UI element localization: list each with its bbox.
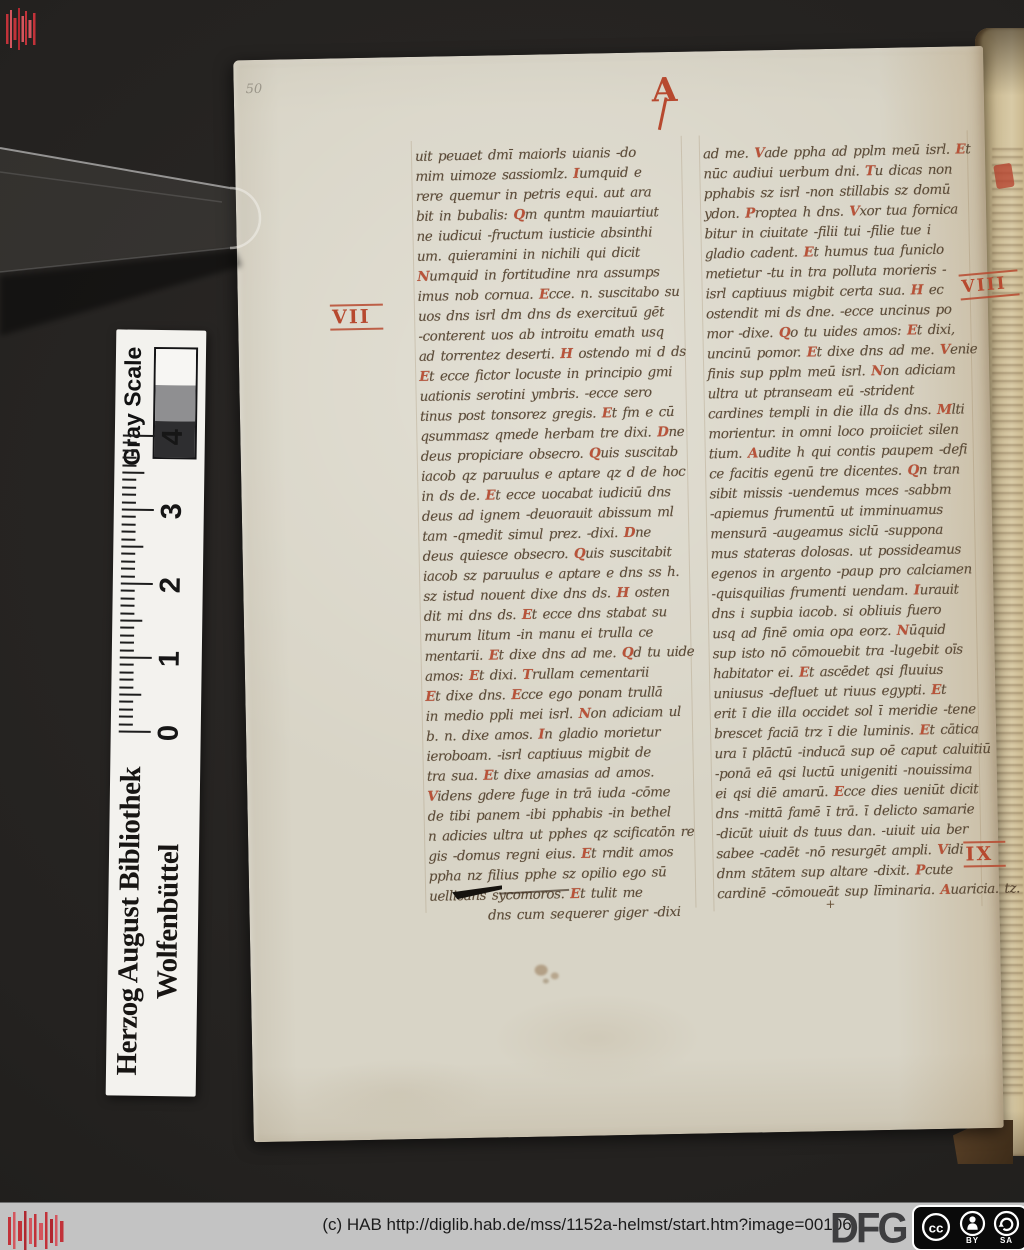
ruler-tick <box>123 457 137 459</box>
ruler-tick <box>120 612 134 614</box>
library-name-line2: Wolfenbüttel <box>147 749 191 1095</box>
ruler-tick <box>122 523 136 525</box>
gray-patch-mid <box>155 385 195 422</box>
ruler-tick <box>120 634 134 636</box>
library-name-label: Herzog August Bibliothek Wolfenbüttel <box>108 748 201 1094</box>
manuscript-text-line: cardinē -cōmoueāt sup līminaria. Auarici… <box>717 879 979 904</box>
stain-spot <box>543 979 549 984</box>
gray-scale-label: Gray Scale <box>118 331 147 465</box>
copyright-url-text: (c) HAB http://diglib.hab.de/mss/1152a-h… <box>300 1215 874 1235</box>
ruler-tick <box>122 464 136 466</box>
stain-spot <box>551 972 559 979</box>
ruler-tick <box>121 560 135 562</box>
svg-text:cc: cc <box>929 1220 944 1235</box>
ruler-tick <box>122 486 136 488</box>
scale-card: Herzog August Bibliothek Wolfenbüttel Gr… <box>106 329 207 1096</box>
ruler-tick <box>120 649 134 651</box>
manuscript-column-right: ad me. Vade ppha ad pplm meū isrl. Etnūc… <box>703 139 980 904</box>
ruler-tick <box>122 479 136 481</box>
cc-sa-label: SA <box>1000 1236 1013 1245</box>
stain-patch <box>302 1056 493 1130</box>
ruler-tick <box>121 568 135 570</box>
ruler-tick <box>119 730 151 732</box>
creative-commons-icon: cc <box>920 1210 952 1244</box>
ruler-number: 3 <box>156 503 189 520</box>
ruler-tick <box>123 442 137 444</box>
cc-by-group: BY <box>959 1210 986 1245</box>
ruler-tick <box>119 693 141 695</box>
cc-license-badge: cc BY SA <box>912 1205 1024 1250</box>
dfg-logo: DFG <box>830 1204 906 1250</box>
pencil-folio-number: 50 <box>246 82 263 97</box>
ruler-tick <box>119 716 133 718</box>
ruler-tick <box>121 538 135 540</box>
ruler-tick <box>122 472 144 474</box>
color-registration-mark-icon <box>6 8 36 50</box>
ruler-number: 1 <box>154 651 187 668</box>
ruler-tick <box>121 597 135 599</box>
ruler-number: 0 <box>153 725 186 742</box>
chapter-numeral-viii: VIII <box>959 269 1020 300</box>
manuscript-page: 50 A uit peuaet dmī maiorls uianis -domi… <box>233 46 1004 1142</box>
digitized-manuscript-scan: 50 A uit peuaet dmī maiorls uianis -domi… <box>0 0 1024 1250</box>
ruler-tick <box>121 582 153 584</box>
ruler-number: 4 <box>157 429 190 446</box>
chapter-numeral-ix: IX <box>963 841 1005 868</box>
ruler-tick <box>120 664 134 666</box>
cc-sa-group: SA <box>993 1210 1020 1245</box>
ruler-number: 2 <box>155 577 188 594</box>
stain-patch <box>491 992 703 1086</box>
share-alike-icon <box>993 1210 1020 1237</box>
ruler-tick <box>119 701 133 703</box>
attribution-person-icon <box>959 1210 986 1237</box>
chapter-numeral-vii: VII <box>330 304 383 331</box>
ruler-tick <box>121 545 143 547</box>
manuscript-column-left: uit peuaet dmī maiorls uianis -domim uim… <box>415 142 696 927</box>
ruler-tick <box>122 516 136 518</box>
next-page-rubric-mark <box>993 163 1015 190</box>
ruler-tick <box>119 723 133 725</box>
ruler-tick <box>121 590 135 592</box>
ruler-tick <box>119 686 133 688</box>
ruler-tick <box>120 627 134 629</box>
library-name-line1: Herzog August Bibliothek <box>108 748 152 1094</box>
ruler-tick <box>120 642 134 644</box>
ruler-tick <box>122 501 136 503</box>
footer-bar: (c) HAB http://diglib.hab.de/mss/1152a-h… <box>0 1202 1024 1250</box>
ruler-tick <box>122 531 136 533</box>
cc-by-label: BY <box>966 1236 979 1245</box>
scale-card-content: Herzog August Bibliothek Wolfenbüttel Gr… <box>106 329 209 1096</box>
ruler-tick <box>120 656 152 658</box>
running-title-rubric: A <box>651 70 677 109</box>
ruler-tick <box>121 553 135 555</box>
ruler-tick <box>123 449 137 451</box>
gray-patch-white <box>156 349 196 386</box>
ruler-tick <box>119 679 133 681</box>
obelus-mark: + <box>825 897 835 911</box>
ruler-tick <box>122 509 154 511</box>
page-holder-clip <box>0 130 280 345</box>
ruler-tick <box>121 575 135 577</box>
ruler-tick <box>123 435 155 437</box>
ruler-tick <box>120 619 142 621</box>
stain-spot <box>535 965 548 976</box>
ruler-tick <box>122 494 136 496</box>
manuscript-text-line: dns cum sequerer giger -dixi <box>429 902 695 927</box>
ruler-tick <box>120 605 134 607</box>
ruler-tick <box>120 671 134 673</box>
ruler-tick <box>119 708 133 710</box>
color-registration-mark-icon <box>8 1211 66 1250</box>
